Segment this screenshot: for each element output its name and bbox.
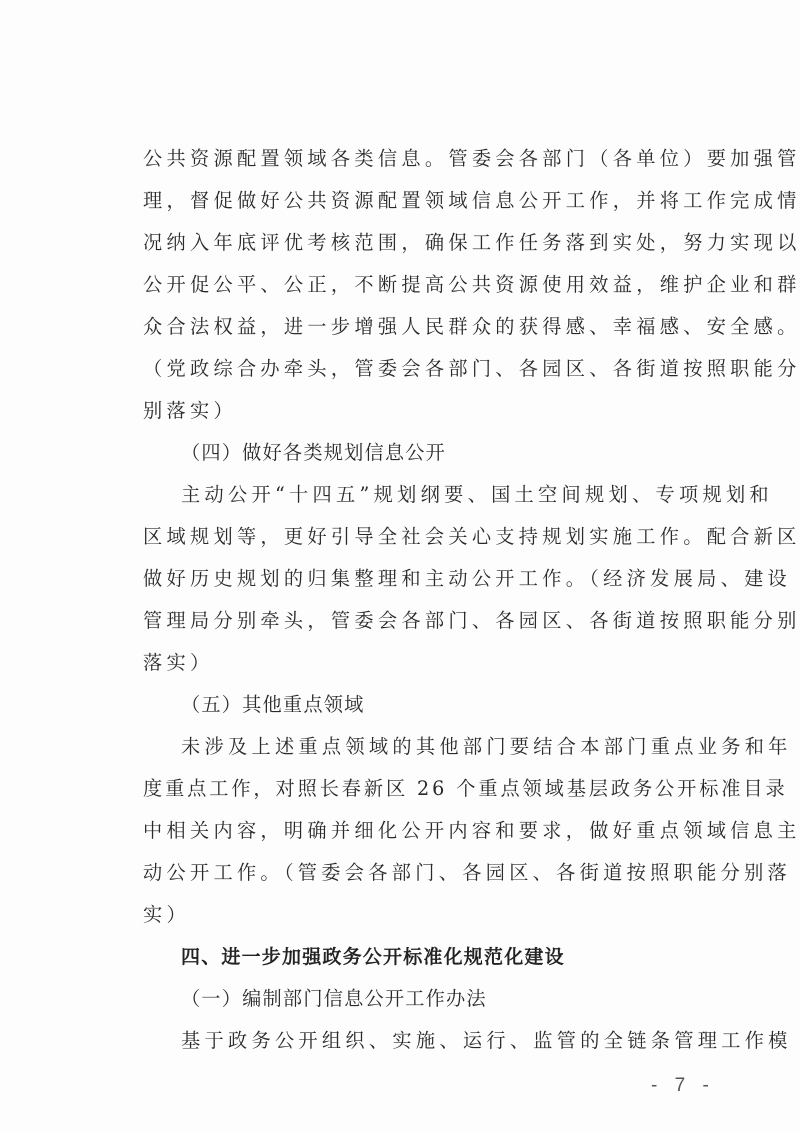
body-line: 度重点工作，对照长春新区 26 个重点领域基层政务公开标准目录	[143, 771, 723, 807]
body-line: 众合法权益，进一步增强人民群众的获得感、幸福感、安全感。	[143, 309, 723, 345]
section-subheading: （五）其他重点领域	[181, 687, 761, 723]
section-heading: 四、进一步加强政务公开标准化规范化建设	[181, 939, 761, 975]
section-subheading: （四）做好各类规划信息公开	[181, 435, 761, 471]
section-subheading: （一）编制部门信息公开工作办法	[181, 981, 761, 1017]
body-line: 别落实）	[143, 393, 723, 429]
body-line: 实）	[143, 897, 723, 933]
body-line: 况纳入年底评优考核范围，确保工作任务落到实处，努力实现以	[143, 225, 723, 261]
body-line: 管理局分别牵头，管委会各部门、各园区、各街道按照职能分别	[143, 603, 723, 639]
body-line: 中相关内容，明确并细化公开内容和要求，做好重点领域信息主	[143, 813, 723, 849]
page-number: - 7 -	[651, 1075, 715, 1097]
body-line: 理，督促做好公共资源配置领域信息公开工作，并将工作完成情	[143, 183, 723, 219]
paragraph-start-line: 基于政务公开组织、实施、运行、监管的全链条管理工作模	[181, 1023, 741, 1059]
body-line: 落实）	[143, 645, 723, 681]
body-line: 做好历史规划的归集整理和主动公开工作。（经济发展局、建设	[143, 561, 723, 597]
body-line: （党政综合办牵头，管委会各部门、各园区、各街道按照职能分	[143, 351, 723, 387]
body-line: 公共资源配置领域各类信息。管委会各部门（各单位）要加强管	[143, 141, 723, 177]
paragraph-start-line: 主动公开“十四五”规划纲要、国土空间规划、专项规划和	[181, 477, 761, 513]
paragraph-start-line: 未涉及上述重点领域的其他部门要结合本部门重点业务和年	[181, 729, 761, 765]
body-line: 区域规划等，更好引导全社会关心支持规划实施工作。配合新区	[143, 519, 723, 555]
body-line: 动公开工作。（管委会各部门、各园区、各街道按照职能分别落	[143, 855, 723, 891]
body-line: 公开促公平、公正，不断提高公共资源使用效益，维护企业和群	[143, 267, 723, 303]
